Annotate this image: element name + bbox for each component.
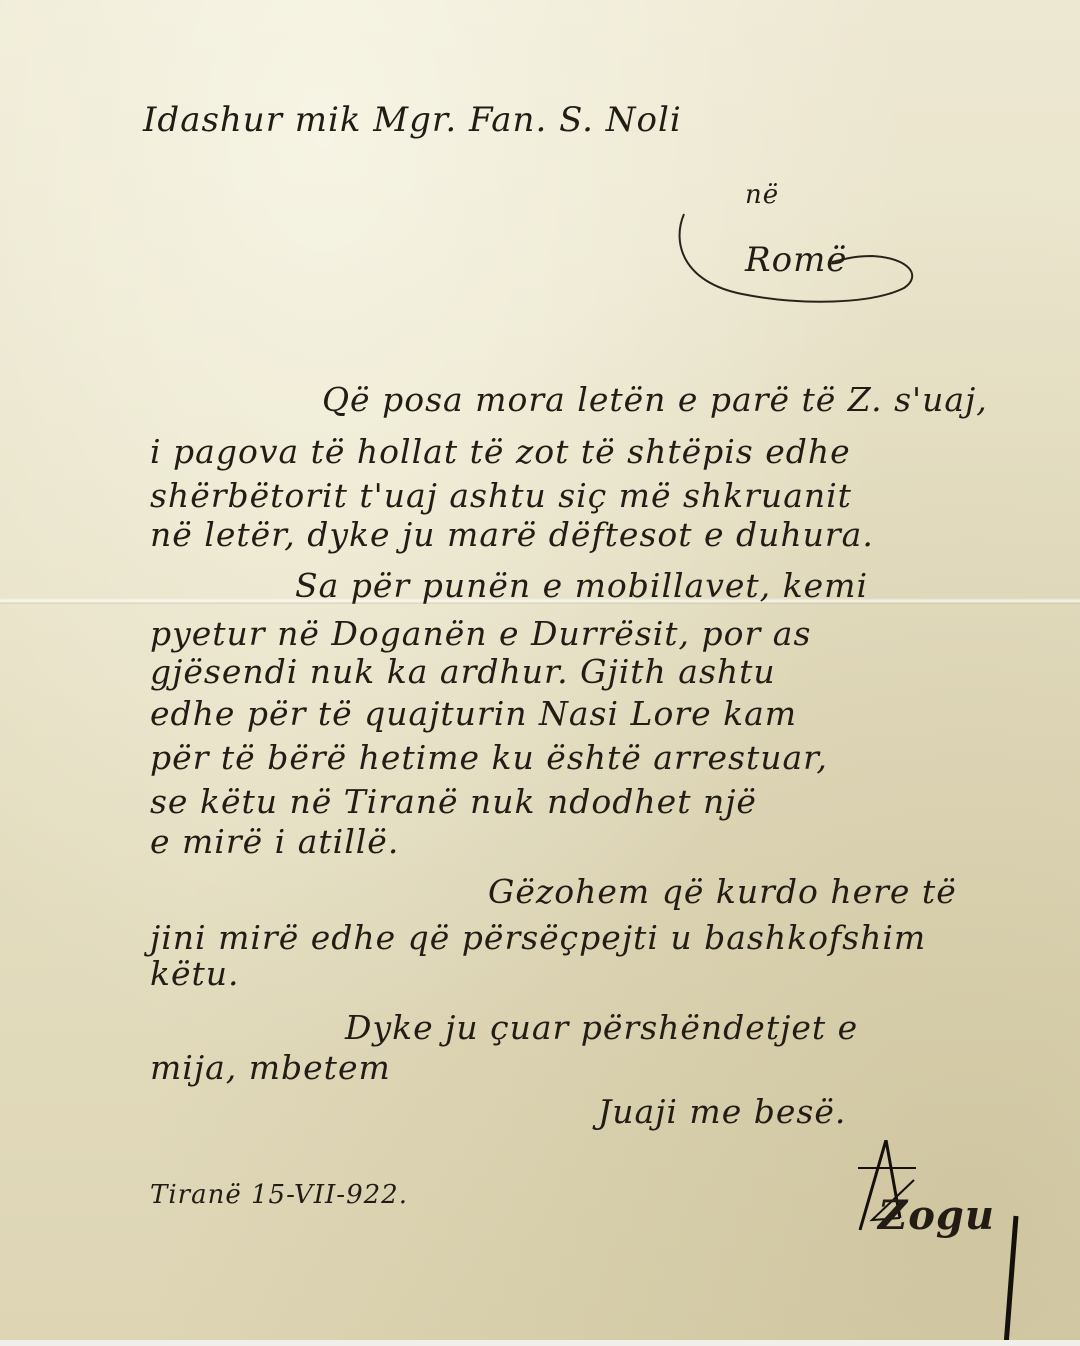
letter-page: Idashur mik Mgr. Fan. S. Noli në Romë Që…: [0, 0, 1080, 1346]
salutation: Idashur mik Mgr. Fan. S. Noli: [143, 100, 682, 140]
body-line: Dyke ju çuar përshëndetjet e: [345, 1008, 858, 1047]
body-line: i pagova të hollat të zot të shtëpis edh…: [150, 432, 851, 471]
date-place: Tiranë 15-VII-922.: [150, 1180, 408, 1210]
address-prefix: në: [745, 180, 779, 210]
body-line: mija, mbetem: [150, 1048, 391, 1087]
body-line: shërbëtorit t'uaj ashtu siç më shkruanit: [150, 476, 852, 515]
signature-mark-icon: [858, 1140, 1028, 1346]
body-line: Që posa mora letën e parë të Z. s'uaj,: [322, 380, 988, 419]
body-line: për të bërë hetime ku është arrestuar,: [150, 738, 828, 777]
page-bottom-edge: [0, 1340, 1080, 1346]
body-line: në letër, dyke ju marë dëftesot e duhura…: [150, 515, 874, 554]
body-line: jini mirë edhe që përsëçpejti u bashkofs…: [150, 918, 926, 957]
body-line: e mirë i atillë.: [150, 822, 399, 861]
body-line: edhe për të quajturin Nasi Lore kam: [150, 694, 797, 733]
closing: Juaji me besë.: [598, 1092, 846, 1131]
body-line: këtu.: [150, 954, 240, 993]
address-place: Romë: [745, 240, 847, 280]
signature: Zogu: [878, 1192, 995, 1239]
body-line: Gëzohem që kurdo here të: [488, 872, 957, 911]
body-line: se këtu në Tiranë nuk ndodhet një: [150, 782, 757, 821]
body-line: pyetur në Doganën e Durrësit, por as: [150, 614, 811, 653]
body-line: gjësendi nuk ka ardhur. Gjith ashtu: [150, 652, 776, 691]
body-line: Sa për punën e mobillavet, kemi: [295, 566, 868, 605]
